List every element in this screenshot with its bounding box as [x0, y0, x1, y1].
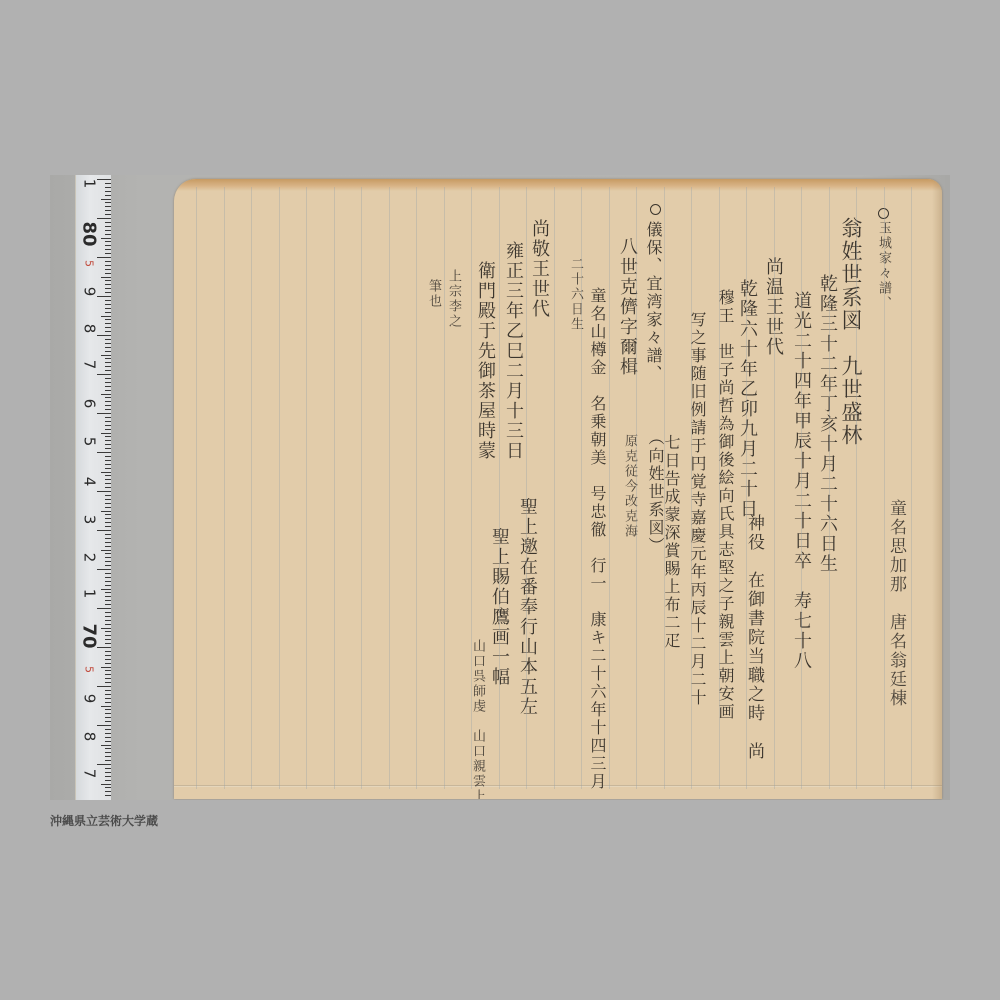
ruler-tick [105, 538, 111, 539]
ruler-tick [101, 745, 111, 746]
ruled-line [279, 187, 280, 789]
ruler-label: 9 [82, 687, 97, 711]
ruler-tick [105, 421, 111, 422]
circle-marker-icon [650, 204, 661, 215]
ruled-line [251, 187, 252, 789]
text-column: 上宗李之 [444, 269, 463, 329]
ruler-tick [105, 659, 111, 660]
ruler-tick [105, 522, 111, 523]
ruler-tick [105, 557, 111, 558]
ruled-line [664, 187, 665, 789]
ruler-tick [105, 690, 111, 691]
ruler-tick [97, 296, 111, 297]
ruler-tick [105, 717, 111, 718]
ruled-line [609, 187, 610, 789]
ruler-tick [105, 577, 111, 578]
ruled-line [774, 187, 775, 789]
ruler-tick [105, 760, 111, 761]
ruler-tick [101, 316, 111, 317]
ruler-tick [105, 304, 111, 305]
ruler-tick [105, 397, 111, 398]
ruled-line [884, 187, 885, 789]
ruler-tick [105, 479, 111, 480]
ruled-line [526, 187, 527, 789]
ruler-tick [105, 456, 111, 457]
ruler-tick [97, 530, 111, 531]
ruler-tick [105, 596, 111, 597]
ruler-tick [105, 241, 111, 242]
ruler-tick [105, 300, 111, 301]
ruler-label: 7 [82, 353, 97, 377]
text-column: 穆王 世子尚哲為御後絵向氏具志堅之子親雲上朝安画 [714, 289, 737, 721]
ruler-tick [105, 495, 111, 496]
ruler-tick [105, 460, 111, 461]
text-column: 尚敬王世代 [526, 219, 552, 319]
text-column: 翁姓世系図 九世盛林 [836, 217, 866, 447]
ruled-line [554, 187, 555, 789]
ruler-tick [105, 386, 111, 387]
ruler-tick [105, 436, 111, 437]
ruler-tick [101, 433, 111, 434]
ruler-tick [105, 791, 111, 792]
ruler-label: 8 [82, 725, 97, 749]
notebook-page: 玉城家々譜、 翁姓世系図 九世盛林 童名思加那 唐名翁廷棟 乾隆三十二年丁亥十月… [174, 179, 942, 799]
ruler-tick [105, 351, 111, 352]
ruler-label: 6 [82, 392, 97, 416]
text-column: 童名思加那 唐名翁廷棟 [884, 499, 909, 708]
ruler-tick [105, 514, 111, 515]
ruler-tick [105, 748, 111, 749]
ruler-tick [105, 565, 111, 566]
ruled-line [746, 187, 747, 789]
ruler-tick [105, 534, 111, 535]
ruled-line [911, 187, 912, 789]
ruler-tick [105, 698, 111, 699]
ruler-tick [105, 308, 111, 309]
text-column: 筆也 [424, 279, 443, 309]
ruler-label: 70 [82, 624, 97, 648]
ruler-tick [105, 405, 111, 406]
ruler-tick [97, 374, 111, 375]
ruler-tick [105, 678, 111, 679]
ruler-tick [105, 249, 111, 250]
ruler-tick [105, 319, 111, 320]
ruler-tick [101, 355, 111, 356]
ruler-tick [105, 417, 111, 418]
ruler-tick [105, 401, 111, 402]
ruler-tick [105, 195, 111, 196]
ruler-tick [105, 390, 111, 391]
ruler-tick [97, 491, 111, 492]
text-column: 衛門殿于先御茶屋時蒙 [472, 261, 498, 461]
ruler-tick [105, 358, 111, 359]
ruler-tick [105, 702, 111, 703]
ruler-tick [105, 378, 111, 379]
ruler-tick [105, 713, 111, 714]
ruled-line [224, 187, 225, 789]
ruler-label: 1 [82, 175, 97, 196]
text-column: 雍正三年乙巳二月十三日 [500, 241, 526, 461]
ruler-tick [105, 526, 111, 527]
ruler-tick [105, 323, 111, 324]
ruler-label: 5 [82, 252, 97, 276]
ruler-tick [105, 756, 111, 757]
ruler-tick [105, 339, 111, 340]
text-column: 童名山樽金 名乗朝美 号忠徹 行一 康キ二十六年十四三月 [586, 287, 609, 791]
ruler-label: 2 [82, 546, 97, 570]
ruler-tick [105, 592, 111, 593]
ruler-tick [105, 674, 111, 675]
ruler-tick [105, 585, 111, 586]
document-photograph: 1805987654321705987 玉城家々譜、 翁姓世系図 九世盛林 童名… [50, 175, 950, 800]
ruler-label: 4 [82, 470, 97, 494]
ruler-tick [105, 312, 111, 313]
ruler-tick [105, 409, 111, 410]
ruler-tick [105, 483, 111, 484]
ruler-tick [105, 183, 111, 184]
ruler-tick [105, 620, 111, 621]
ruler-tick [105, 752, 111, 753]
ruled-line [499, 187, 500, 789]
ruler-tick [105, 261, 111, 262]
ruler-tick [105, 269, 111, 270]
ruler-tick [101, 589, 111, 590]
ruled-line [691, 187, 692, 789]
ruler-label: 9 [82, 280, 97, 304]
ruled-line [719, 187, 720, 789]
text-column: 乾隆六十年乙卯九月二十日 [734, 279, 760, 519]
ruler-tick [105, 448, 111, 449]
ruler-tick [105, 624, 111, 625]
ruler-tick [105, 191, 111, 192]
text-column: 二十六日生 [566, 257, 585, 332]
page-bottom-fold [174, 785, 942, 787]
ruler-tick [105, 507, 111, 508]
ruler-tick [105, 499, 111, 500]
ruler-tick [105, 503, 111, 504]
ruler-tick [105, 651, 111, 652]
ruler-tick [97, 413, 111, 414]
ruler-tick [105, 518, 111, 519]
ruler-tick [105, 343, 111, 344]
ruled-line [389, 187, 390, 789]
ruler-tick [105, 542, 111, 543]
ruler-tick [105, 772, 111, 773]
ruler-tick [101, 238, 111, 239]
ruler-tick [105, 327, 111, 328]
ruler-tick [101, 394, 111, 395]
ruled-line [856, 187, 857, 789]
ruler-tick [105, 553, 111, 554]
ruler-tick [105, 561, 111, 562]
ruler-tick [105, 573, 111, 574]
ruled-line [334, 187, 335, 789]
ruler-tick [101, 472, 111, 473]
ruler-tick [97, 569, 111, 570]
ruler-tick [97, 725, 111, 726]
ruled-line [444, 187, 445, 789]
ruler-tick [105, 382, 111, 383]
ruler-tick [105, 663, 111, 664]
ruler-tick [105, 612, 111, 613]
ruler-tick [105, 347, 111, 348]
ruler-tick [105, 616, 111, 617]
ruler-tick [105, 230, 111, 231]
ruler-label: 5 [82, 430, 97, 454]
ruler-tick [105, 206, 111, 207]
ruled-line [196, 187, 197, 789]
ruled-line [581, 187, 582, 789]
ruler-label: 80 [82, 222, 97, 246]
ruler-tick [105, 694, 111, 695]
collection-credit: 沖縄県立芸術大学蔵 [50, 812, 158, 829]
ruled-line [306, 187, 307, 789]
measuring-ruler: 1805987654321705987 [75, 175, 111, 800]
ruler-tick [105, 425, 111, 426]
ruler-tick [105, 655, 111, 656]
ruler-tick [97, 335, 111, 336]
ruler-tick [105, 245, 111, 246]
ruler-tick [105, 635, 111, 636]
ruler-tick [97, 608, 111, 609]
ruler-label: 1 [82, 582, 97, 606]
ruler-tick [101, 706, 111, 707]
ruler-tick [105, 284, 111, 285]
ruler-tick [105, 273, 111, 274]
ruler-tick [101, 784, 111, 785]
ruled-line [361, 187, 362, 789]
ruler-tick [105, 331, 111, 332]
ruled-line [829, 187, 830, 789]
ruler-tick [105, 187, 111, 188]
ruler-tick [105, 741, 111, 742]
ruler-tick [105, 729, 111, 730]
ruler-tick [105, 604, 111, 605]
ruler-tick [105, 709, 111, 710]
ruler-tick [105, 787, 111, 788]
ruler-tick [101, 550, 111, 551]
ruler-tick [105, 366, 111, 367]
ruler-tick [97, 257, 111, 258]
ruler-tick [105, 222, 111, 223]
ruler-tick [105, 721, 111, 722]
ruler-tick [105, 226, 111, 227]
ruler-tick [97, 764, 111, 765]
text-column: 儀保、宜湾家々譜、 [642, 221, 665, 383]
ruler-tick [105, 600, 111, 601]
ruled-line [416, 187, 417, 789]
ruler-tick [105, 288, 111, 289]
ruler-tick [105, 737, 111, 738]
ruler-tick [105, 202, 111, 203]
ruler-label: 7 [82, 762, 97, 786]
ruler-tick [105, 475, 111, 476]
ruler-tick [105, 487, 111, 488]
ruler-tick [97, 179, 111, 180]
ruler-tick [105, 768, 111, 769]
ruler-tick [101, 667, 111, 668]
ruler-tick [105, 733, 111, 734]
ruler-tick [105, 280, 111, 281]
ruler-tick [105, 362, 111, 363]
ruler-tick [101, 277, 111, 278]
ruler-tick [105, 670, 111, 671]
ruler-tick [105, 468, 111, 469]
ruler-tick [105, 546, 111, 547]
ruled-line [801, 187, 802, 789]
ruler-label: 3 [82, 508, 97, 532]
ruler-tick [105, 444, 111, 445]
ruler-tick [105, 265, 111, 266]
ruler-tick [97, 452, 111, 453]
ruler-tick [105, 440, 111, 441]
ruler-tick [105, 795, 111, 796]
ruler-tick [105, 464, 111, 465]
ruler-label: 8 [82, 317, 97, 341]
ruler-tick [105, 581, 111, 582]
text-column: 乾隆三十二年丁亥十月二十六日生 [814, 274, 840, 574]
ruled-line [471, 187, 472, 789]
ruler-tick [101, 628, 111, 629]
ruler-tick [105, 780, 111, 781]
ruler-tick [105, 776, 111, 777]
ruled-line [636, 187, 637, 789]
ruler-tick [105, 234, 111, 235]
ruler-tick [105, 682, 111, 683]
ruler-tick [101, 511, 111, 512]
ruler-tick [105, 214, 111, 215]
ruler-tick [97, 218, 111, 219]
ruler-tick [105, 253, 111, 254]
ruler-tick [105, 370, 111, 371]
ruler-tick [105, 429, 111, 430]
ruler-tick [105, 639, 111, 640]
ruler-tick [105, 631, 111, 632]
ruler-label: 5 [82, 658, 97, 682]
ruler-tick [105, 643, 111, 644]
text-column: 聖上邀在番奉行山本五左 [514, 497, 540, 717]
ruler-tick [97, 686, 111, 687]
text-column: 写之事随旧例請于円覚寺嘉慶元年丙辰十二月二十 [686, 311, 709, 707]
ruler-tick [105, 292, 111, 293]
ruler-tick [101, 199, 111, 200]
ruler-tick [105, 210, 111, 211]
